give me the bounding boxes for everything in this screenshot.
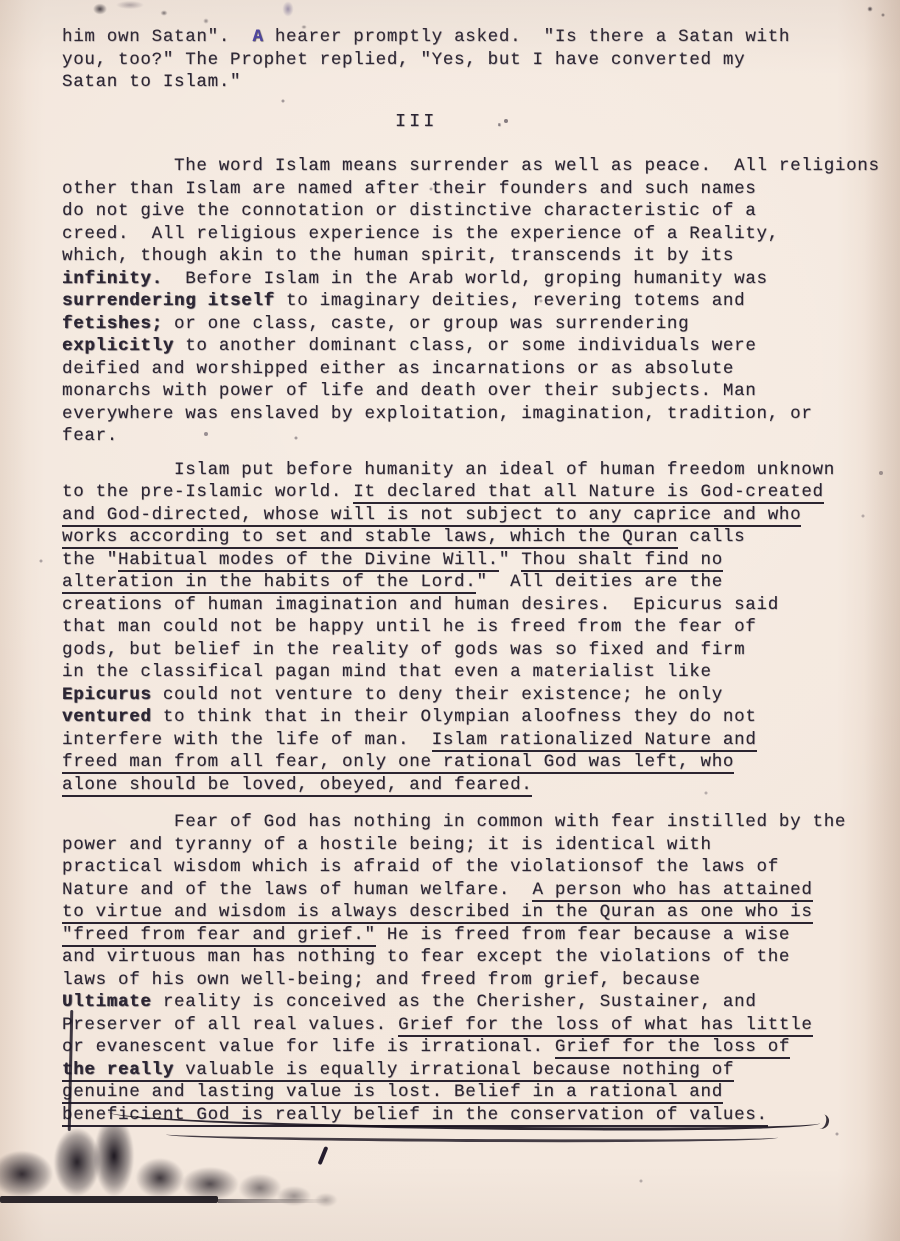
text-line: to virtue and wisdom is always described… bbox=[62, 901, 874, 924]
text-segment: that man could not be happy until he is … bbox=[62, 617, 757, 637]
slash-mark bbox=[318, 1146, 328, 1165]
text-line: or evanescent value for life is irration… bbox=[62, 1036, 874, 1059]
text-segment: Islam put before humanity an ideal of hu… bbox=[174, 460, 835, 480]
text-segment: to think that in their Olympian aloofnes… bbox=[152, 707, 757, 727]
text-segment: could not venture to deny their existenc… bbox=[152, 685, 723, 705]
text-segment: hearer promptly asked. "Is there a Satan… bbox=[264, 27, 790, 47]
text-segment: reality is conceived as the Cherisher, S… bbox=[152, 992, 757, 1012]
paragraph-islam-meaning: The word Islam means surrender as well a… bbox=[62, 155, 874, 448]
text-segment: to imaginary deities, revering totems an… bbox=[275, 291, 745, 311]
text-line: alone should be loved, obeyed, and feare… bbox=[62, 774, 874, 797]
text-segment: to another dominant class, or some indiv… bbox=[174, 336, 757, 356]
text-line: surrendering itself to imaginary deities… bbox=[62, 290, 874, 313]
text-line: creed. All religious experience is the e… bbox=[62, 223, 874, 246]
text-segment: or evanescent value for life is irration… bbox=[62, 1037, 555, 1057]
text-line: in the classifical pagan mind that even … bbox=[62, 661, 874, 684]
text-segment: Satan to Islam." bbox=[62, 72, 241, 92]
text-segment: to virtue and wisdom is always described… bbox=[62, 902, 813, 924]
text-line: "freed from fear and grief." He is freed… bbox=[62, 924, 874, 947]
text-segment: creed. All religious experience is the e… bbox=[62, 224, 779, 244]
text-segment: in the classifical pagan mind that even … bbox=[62, 662, 712, 682]
text-segment: " All deities are the bbox=[476, 572, 722, 592]
paper-speckles bbox=[0, 0, 2, 2]
text-line: and God-directed, whose will is not subj… bbox=[62, 504, 874, 527]
text-segment: Habitual modes of the Divine Will. bbox=[118, 550, 499, 572]
text-line: fear. bbox=[62, 425, 874, 448]
text-segment: III bbox=[395, 111, 437, 132]
text-line: genuine and lasting value is lost. Belie… bbox=[62, 1081, 874, 1104]
text-line: practical wisdom which is afraid of the … bbox=[62, 856, 874, 879]
text-segment: It declared that all Nature is God-creat… bbox=[353, 482, 823, 504]
text-segment: and virtuous man has nothing to fear exc… bbox=[62, 947, 790, 967]
text-line: works according to set and stable laws, … bbox=[62, 526, 874, 549]
text-segment: or one class, caste, or group was surren… bbox=[163, 314, 689, 334]
document-body: him own Satan". A hearer promptly asked.… bbox=[62, 26, 874, 1126]
text-segment: him own Satan". bbox=[62, 27, 252, 47]
text-segment: Preserver of all real values. bbox=[62, 1015, 398, 1035]
text-segment: beneficient God is really belief in the … bbox=[62, 1105, 768, 1127]
ink-smudge-baseline bbox=[0, 1196, 218, 1203]
text-segment: explicitly bbox=[62, 336, 174, 356]
scanned-page: him own Satan". A hearer promptly asked.… bbox=[0, 0, 900, 1241]
text-segment: Epicurus bbox=[62, 685, 152, 705]
text-segment: which, though akin to the human spirit, … bbox=[62, 246, 734, 266]
text-segment: creations of human imagination and human… bbox=[62, 595, 779, 615]
paragraph-islam-freedom: Islam put before humanity an ideal of hu… bbox=[62, 459, 874, 797]
text-line: Islam put before humanity an ideal of hu… bbox=[62, 459, 874, 482]
text-line: beneficient God is really belief in the … bbox=[62, 1104, 874, 1127]
ink-smudge-bottom-left bbox=[0, 1126, 442, 1214]
text-segment: works according to set and stable laws, … bbox=[62, 527, 678, 549]
text-line: Epicurus could not venture to deny their… bbox=[62, 684, 874, 707]
text-segment: Ultimate bbox=[62, 992, 152, 1012]
text-line: Fear of God has nothing in common with f… bbox=[62, 811, 874, 834]
text-line: creations of human imagination and human… bbox=[62, 594, 874, 617]
text-line: you, too?" The Prophet replied, "Yes, bu… bbox=[62, 49, 874, 72]
text-segment: He is freed from fear because a wise bbox=[376, 925, 790, 945]
text-segment: The word Islam means surrender as well a… bbox=[174, 156, 880, 176]
text-line: Preserver of all real values. Grief for … bbox=[62, 1014, 874, 1037]
text-line: freed man from all fear, only one ration… bbox=[62, 751, 874, 774]
text-segment: valuable is equally irrational because n… bbox=[174, 1060, 734, 1082]
text-segment: do not give the connotation or distincti… bbox=[62, 201, 757, 221]
paragraph-fear-of-god: Fear of God has nothing in common with f… bbox=[62, 811, 874, 1126]
text-segment: power and tyranny of a hostile being; it… bbox=[62, 835, 712, 855]
text-segment: "freed from fear and grief." bbox=[62, 925, 376, 947]
text-segment: and God-directed, whose will is not subj… bbox=[62, 505, 801, 527]
text-line: Nature and of the laws of human welfare.… bbox=[62, 879, 874, 902]
text-segment: laws of his own well-being; and freed fr… bbox=[62, 970, 701, 990]
text-segment: fetishes; bbox=[62, 314, 163, 334]
text-segment: genuine and lasting value is lost. Belie… bbox=[62, 1082, 723, 1104]
text-segment: Thou shalt find no bbox=[521, 550, 723, 572]
text-segment: surrendering itself bbox=[62, 291, 275, 311]
text-segment: fear. bbox=[62, 426, 118, 446]
text-segment: A person who has attained bbox=[532, 880, 812, 902]
text-segment: other than Islam are named after their f… bbox=[62, 179, 757, 199]
text-line: explicitly to another dominant class, or… bbox=[62, 335, 874, 358]
text-line: fetishes; or one class, caste, or group … bbox=[62, 313, 874, 336]
text-segment: gods, but belief in the reality of gods … bbox=[62, 640, 745, 660]
text-segment: ventured bbox=[62, 707, 152, 727]
opening-paragraph: him own Satan". A hearer promptly asked.… bbox=[62, 26, 874, 94]
text-segment: infinity. bbox=[62, 269, 163, 289]
text-line: infinity. Before Islam in the Arab world… bbox=[62, 268, 874, 291]
section-heading: III . bbox=[62, 111, 874, 134]
text-line: gods, but belief in the reality of gods … bbox=[62, 639, 874, 662]
text-segment: alone should be loved, obeyed, and feare… bbox=[62, 775, 532, 797]
text-segment: Grief for the loss of bbox=[555, 1037, 790, 1059]
text-segment: freed man from all fear, only one ration… bbox=[62, 752, 734, 774]
text-segment: interfere with the life of man. bbox=[62, 730, 432, 750]
text-segment: . bbox=[437, 111, 508, 132]
text-line: power and tyranny of a hostile being; it… bbox=[62, 834, 874, 857]
text-line: interfere with the life of man. Islam ra… bbox=[62, 729, 874, 752]
text-segment: Fear of God has nothing in common with f… bbox=[174, 812, 846, 832]
text-line: the really valuable is equally irrationa… bbox=[62, 1059, 874, 1082]
text-line: and virtuous man has nothing to fear exc… bbox=[62, 946, 874, 969]
text-segment: the really bbox=[62, 1060, 174, 1082]
text-segment: Nature and of the laws of human welfare. bbox=[62, 880, 532, 900]
text-segment: alteration in the habits of the Lord. bbox=[62, 572, 476, 594]
text-line: Ultimate reality is conceived as the Che… bbox=[62, 991, 874, 1014]
text-segment: A bbox=[252, 27, 263, 47]
text-line: the "Habitual modes of the Divine Will."… bbox=[62, 549, 874, 572]
text-line: everywhere was enslaved by exploitation,… bbox=[62, 403, 874, 426]
text-segment: you, too?" The Prophet replied, "Yes, bu… bbox=[62, 50, 745, 70]
text-line: Satan to Islam." bbox=[62, 71, 874, 94]
text-line: III . bbox=[62, 111, 874, 134]
text-line: that man could not be happy until he is … bbox=[62, 616, 874, 639]
text-segment: to the pre-Islamic world. bbox=[62, 482, 353, 502]
underline-flourish-2 bbox=[166, 1126, 778, 1143]
text-line: him own Satan". A hearer promptly asked.… bbox=[62, 26, 874, 49]
text-segment: everywhere was enslaved by exploitation,… bbox=[62, 404, 813, 424]
text-line: laws of his own well-being; and freed fr… bbox=[62, 969, 874, 992]
text-line: monarchs with power of life and death ov… bbox=[62, 380, 874, 403]
text-segment: deified and worshipped either as incarna… bbox=[62, 359, 734, 379]
ink-smudge-baseline-tail bbox=[218, 1199, 328, 1203]
text-line: The word Islam means surrender as well a… bbox=[62, 155, 874, 178]
text-segment: Grief for the loss of what has little bbox=[398, 1015, 812, 1037]
text-line: which, though akin to the human spirit, … bbox=[62, 245, 874, 268]
text-segment: Islam rationalized Nature and bbox=[432, 730, 757, 752]
text-segment: practical wisdom which is afraid of the … bbox=[62, 857, 779, 877]
text-line: do not give the connotation or distincti… bbox=[62, 200, 874, 223]
text-line: other than Islam are named after their f… bbox=[62, 178, 874, 201]
text-segment: the " bbox=[62, 550, 118, 570]
text-segment: Before Islam in the Arab world, groping … bbox=[163, 269, 768, 289]
text-segment: calls bbox=[678, 527, 745, 547]
text-line: deified and worshipped either as incarna… bbox=[62, 358, 874, 381]
text-line: ventured to think that in their Olympian… bbox=[62, 706, 874, 729]
text-line: alteration in the habits of the Lord." A… bbox=[62, 571, 874, 594]
text-segment: " bbox=[499, 550, 521, 570]
text-line: to the pre-Islamic world. It declared th… bbox=[62, 481, 874, 504]
text-segment: monarchs with power of life and death ov… bbox=[62, 381, 757, 401]
